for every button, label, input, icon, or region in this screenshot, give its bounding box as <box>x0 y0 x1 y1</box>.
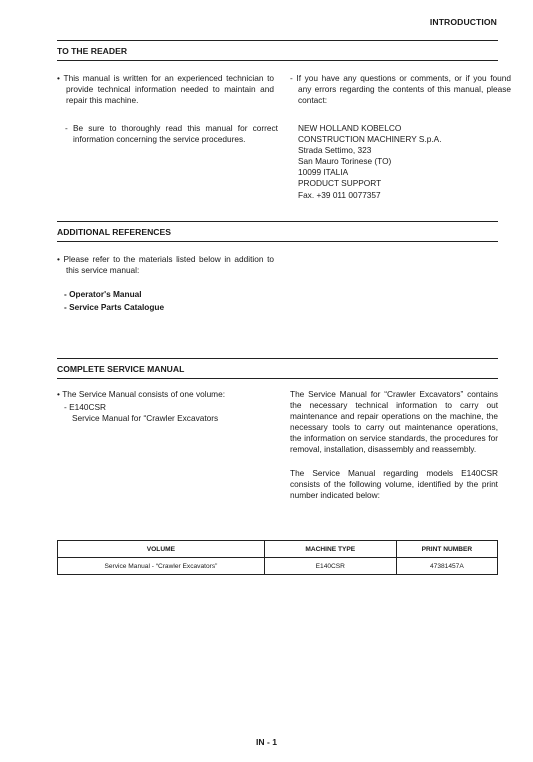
complete-volume-item: - E140CSR Service Manual for “Crawler Ex… <box>64 402 218 424</box>
section-title-additional-references: ADDITIONAL REFERENCES <box>57 227 171 237</box>
bullet-marker: • <box>57 73 60 83</box>
address-fax: Fax. +39 011 0077357 <box>298 190 442 201</box>
reader-paragraph-1-text: This manual is written for an experience… <box>64 73 274 105</box>
column-header-volume: VOLUME <box>58 541 265 558</box>
reference-item-operators-manual: - Operator's Manual <box>64 289 142 299</box>
table-row: Service Manual - “Crawler Excavators” E1… <box>58 558 498 575</box>
volume-description: Service Manual for “Crawler Excavators <box>64 413 218 424</box>
complete-right-paragraph-1: The Service Manual for “Crawler Excavato… <box>290 389 498 456</box>
dash-marker: - <box>64 402 67 412</box>
reference-item-service-parts-catalogue: - Service Parts Catalogue <box>64 302 164 312</box>
address-line: PRODUCT SUPPORT <box>298 178 442 189</box>
section-rule-top-reader <box>57 40 498 41</box>
reader-paragraph-2-text: Be sure to thoroughly read this manual f… <box>73 123 278 144</box>
address-line: CONSTRUCTION MACHINERY S.p.A. <box>298 134 442 145</box>
additional-intro: • Please refer to the materials listed b… <box>57 254 274 276</box>
section-rule-bottom-complete <box>57 378 498 379</box>
volume-model: E140CSR <box>69 402 106 412</box>
section-rule-top-additional <box>57 221 498 222</box>
section-title-to-the-reader: TO THE READER <box>57 46 127 56</box>
section-title-complete-service-manual: COMPLETE SERVICE MANUAL <box>57 364 184 374</box>
dash-marker: - <box>290 73 293 83</box>
bullet-marker: • <box>57 254 60 264</box>
section-rule-top-complete <box>57 358 498 359</box>
table-header-row: VOLUME MACHINE TYPE PRINT NUMBER <box>58 541 498 558</box>
section-rule-bottom-additional <box>57 241 498 242</box>
dash-marker: - <box>65 123 68 133</box>
page-number: IN - 1 <box>0 737 533 747</box>
reader-contact-intro: - If you have any questions or comments,… <box>285 73 511 106</box>
complete-right-paragraph-2: The Service Manual regarding models E140… <box>290 468 498 501</box>
bullet-marker: • <box>57 389 60 399</box>
address-line: 10099 ITALIA <box>298 167 442 178</box>
reader-contact-intro-text: If you have any questions or comments, o… <box>296 73 511 105</box>
complete-intro-text: The Service Manual consists of one volum… <box>62 389 225 399</box>
contact-address: NEW HOLLAND KOBELCO CONSTRUCTION MACHINE… <box>298 123 442 201</box>
print-number-table: VOLUME MACHINE TYPE PRINT NUMBER Service… <box>57 540 498 575</box>
address-line: San Mauro Torinese (TO) <box>298 156 442 167</box>
complete-intro: • The Service Manual consists of one vol… <box>57 389 281 400</box>
column-header-machine-type: MACHINE TYPE <box>264 541 396 558</box>
additional-intro-text: Please refer to the materials listed bel… <box>64 254 274 275</box>
section-rule-bottom-reader <box>57 60 498 61</box>
column-header-print-number: PRINT NUMBER <box>396 541 497 558</box>
cell-print-number: 47381457A <box>396 558 497 575</box>
address-line: Strada Settimo, 323 <box>298 145 442 156</box>
cell-volume: Service Manual - “Crawler Excavators” <box>58 558 265 575</box>
reader-paragraph-1: • This manual is written for an experien… <box>57 73 274 106</box>
running-header-title: INTRODUCTION <box>430 17 497 27</box>
address-line: NEW HOLLAND KOBELCO <box>298 123 442 134</box>
cell-machine-type: E140CSR <box>264 558 396 575</box>
reader-paragraph-2: - Be sure to thoroughly read this manual… <box>60 123 278 145</box>
